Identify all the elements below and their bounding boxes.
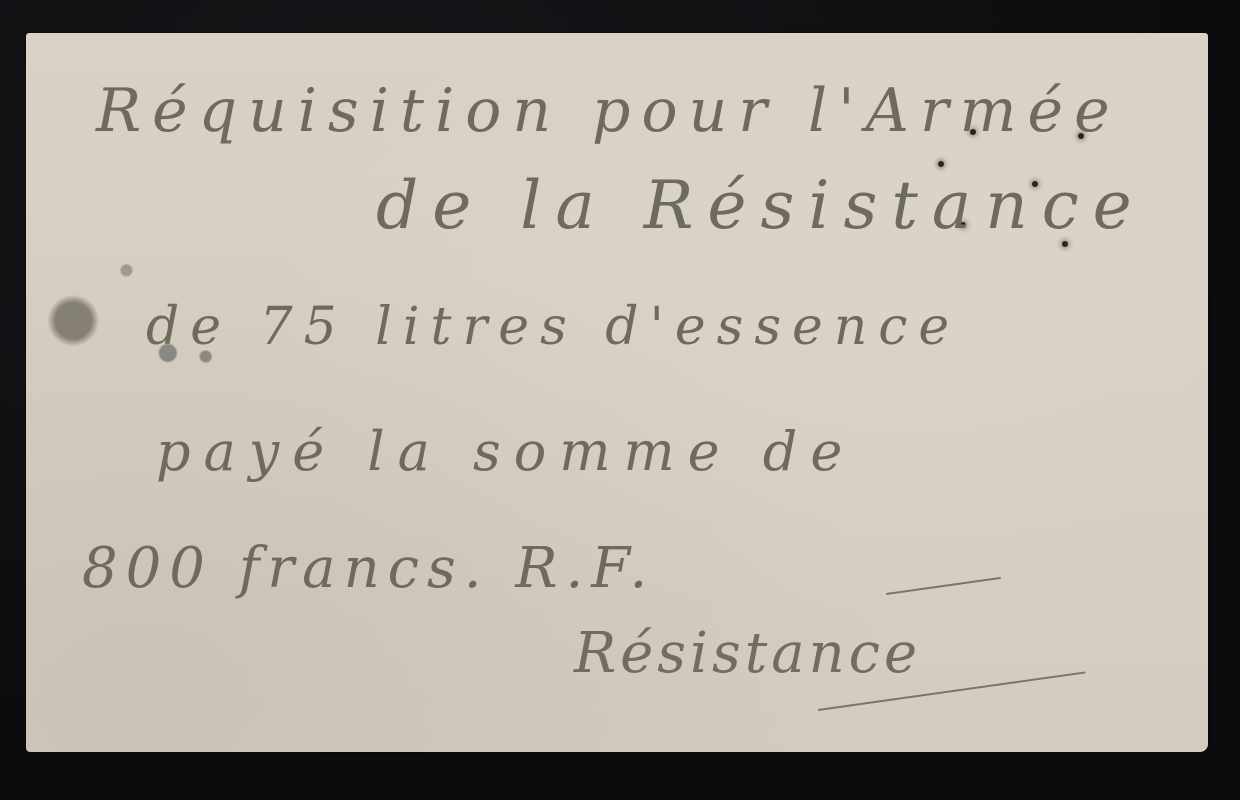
signature-flourish (886, 577, 1001, 595)
handwritten-line-5: 800 francs. R.F. (82, 541, 655, 597)
signature: Résistance (574, 621, 921, 686)
handwritten-line-2: de la Résistance (376, 173, 1146, 239)
requisition-card: Réquisition pour l'Armée de la Résistanc… (26, 33, 1208, 752)
handwritten-line-3: de 75 litres d'essence (146, 301, 960, 353)
handwritten-line-1: Réquisition pour l'Armée (96, 81, 1121, 141)
handwritten-line-4: payé la somme de (156, 425, 855, 479)
